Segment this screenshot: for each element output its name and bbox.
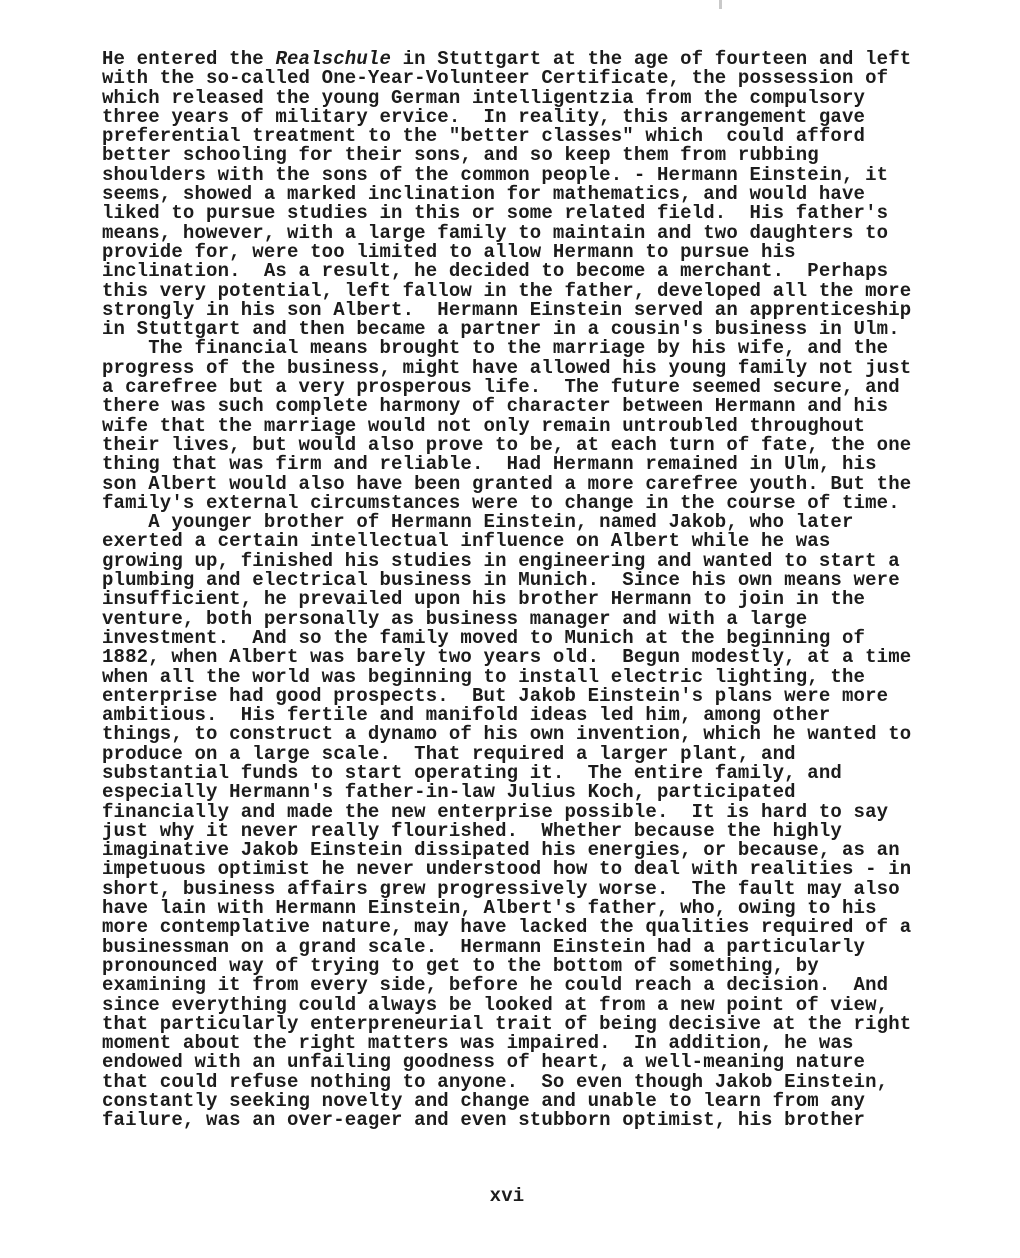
text-line: since everything could always be looked … [102,996,932,1015]
text-line: things, to construct a dynamo of his own… [102,725,932,744]
text-line: failure, was an over-eager and even stub… [102,1111,932,1130]
text-line: better schooling for their sons, and so … [102,146,932,165]
page-number: xvi [102,1185,912,1207]
text-line: more contemplative nature, may have lack… [102,918,932,937]
text-line: 1882, when Albert was barely two years o… [102,648,932,667]
text-line: especially Hermann's father-in-law Juliu… [102,783,932,802]
text-line: venture, both personally as business man… [102,610,932,629]
text-line: impetuous optimist he never understood h… [102,860,932,879]
text-line: there was such complete harmony of chara… [102,397,932,416]
text-line: liked to pursue studies in this or some … [102,204,932,223]
text-line: this very potential, left fallow in the … [102,282,932,301]
text-line: exerted a certain intellectual influence… [102,532,932,551]
text-line: examining it from every side, before he … [102,976,932,995]
text-line: insufficient, he prevailed upon his brot… [102,590,932,609]
body-text: He entered the Realschule in Stuttgart a… [102,50,932,1131]
text-line: with the so-called One-Year-Volunteer Ce… [102,69,932,88]
text-line: financially and made the new enterprise … [102,803,932,822]
document-page: He entered the Realschule in Stuttgart a… [0,0,1020,1258]
text-line: which released the young German intellig… [102,89,932,108]
text-line: son Albert would also have been granted … [102,475,932,494]
scan-artifact-mark [719,0,722,9]
text-line: thing that was firm and reliable. Had He… [102,455,932,474]
text-line: when all the world was beginning to inst… [102,668,932,687]
text-line: The financial means brought to the marri… [102,339,932,358]
text-line: inclination. As a result, he decided to … [102,262,932,281]
text-line: endowed with an unfailing goodness of he… [102,1053,932,1072]
